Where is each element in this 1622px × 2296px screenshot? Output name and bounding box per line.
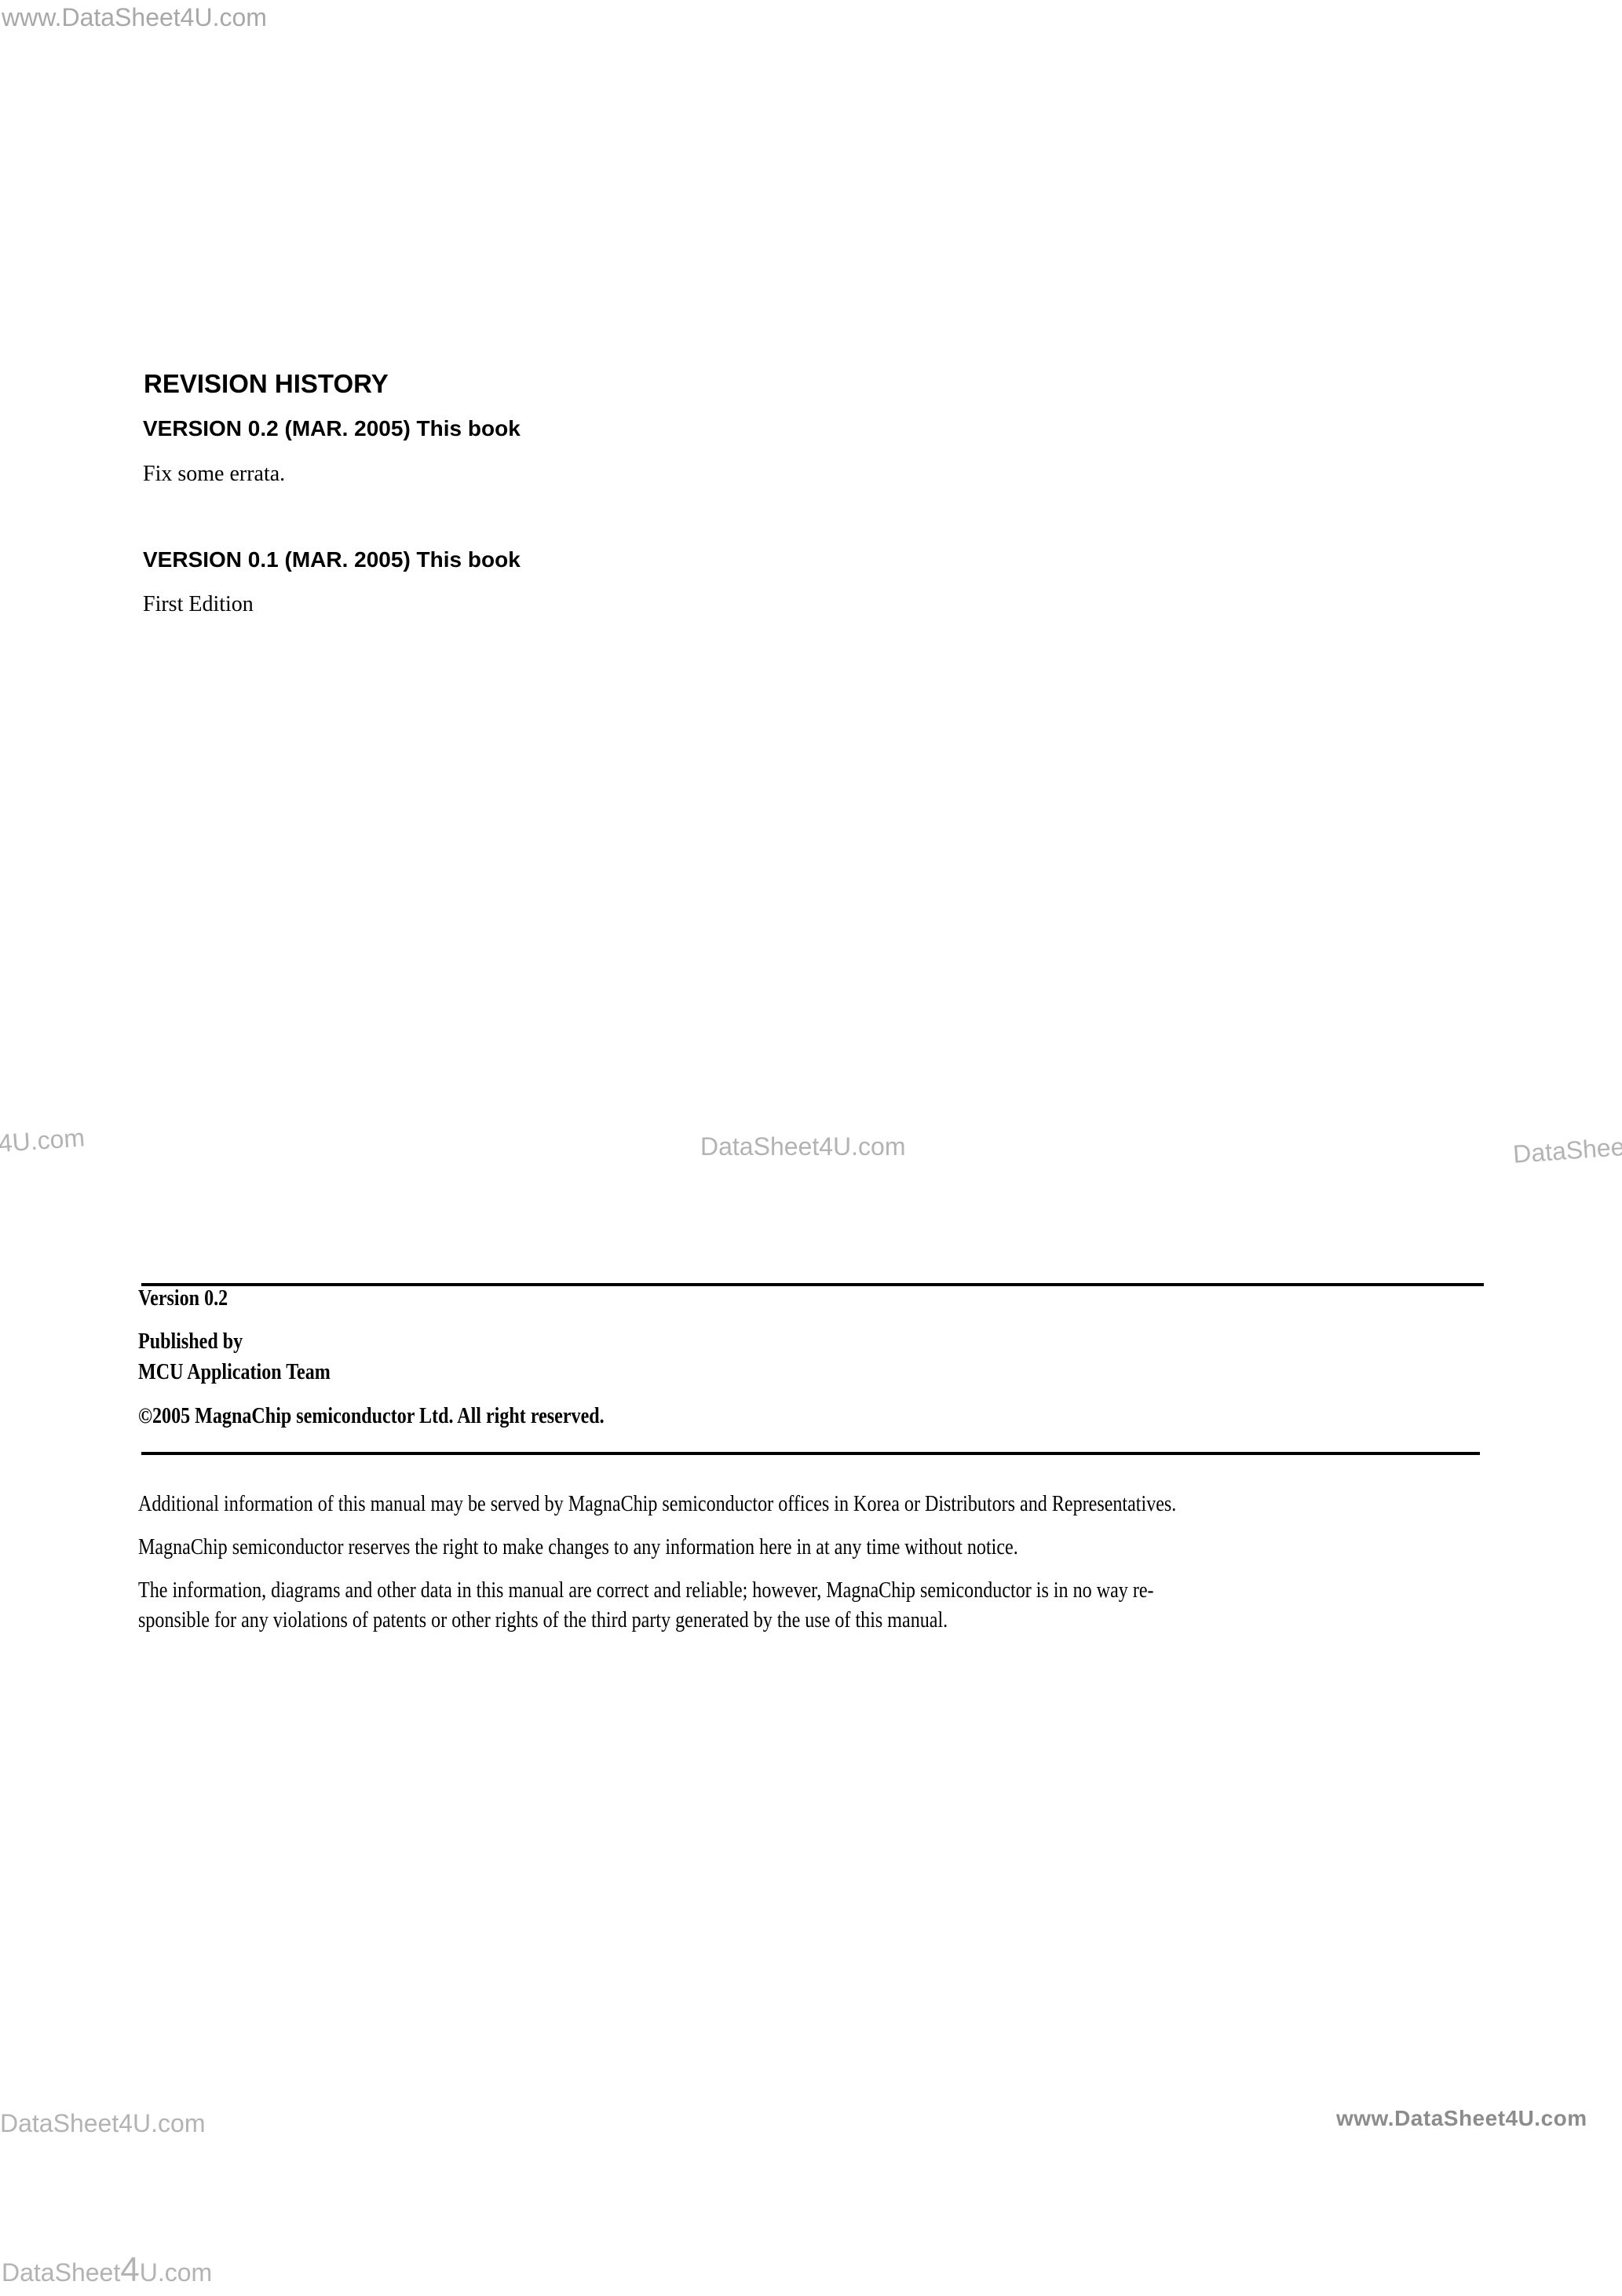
revision-history-title: REVISION HISTORY — [144, 369, 389, 399]
version-heading: VERSION 0.1 (MAR. 2005) This book — [143, 547, 521, 572]
disclaimer-paragraph-continued: sponsible for any violations of patents … — [138, 1608, 948, 1633]
watermark-bottom-left: DataSheet4U.com — [0, 2109, 205, 2138]
watermark-mid-right: DataShee — [1512, 1132, 1622, 1169]
watermark-bottom-big: 4 — [120, 2250, 139, 2289]
document-version: Version 0.2 — [138, 1286, 228, 1311]
disclaimer-paragraph: Additional information of this manual ma… — [138, 1492, 1176, 1517]
top-rule — [141, 1283, 1484, 1286]
disclaimer-paragraph: MagnaChip semiconductor reserves the rig… — [138, 1535, 1018, 1560]
watermark-bottom: DataSheet4U.com — [2, 2250, 212, 2290]
watermark-mid-center: DataSheet4U.com — [700, 1132, 905, 1161]
disclaimer-paragraph: The information, diagrams and other data… — [138, 1578, 1154, 1603]
copyright-notice: ©2005 MagnaChip semiconductor Ltd. All r… — [138, 1404, 605, 1429]
version-note: Fix some errata. — [143, 462, 285, 487]
watermark-bottom-right[interactable]: www.DataSheet4U.com — [1336, 2106, 1587, 2131]
watermark-bottom-pre: DataSheet — [2, 2258, 120, 2287]
bottom-rule — [141, 1452, 1480, 1455]
version-heading: VERSION 0.2 (MAR. 2005) This book — [143, 416, 521, 441]
watermark-bottom-post: U.com — [140, 2258, 212, 2287]
watermark-mid-left: et4U.com — [0, 1123, 86, 1159]
watermark-top[interactable]: www.DataSheet4U.com — [2, 3, 267, 32]
version-note: First Edition — [143, 592, 254, 617]
publisher-name: MCU Application Team — [138, 1360, 331, 1385]
published-by-label: Published by — [138, 1329, 243, 1355]
